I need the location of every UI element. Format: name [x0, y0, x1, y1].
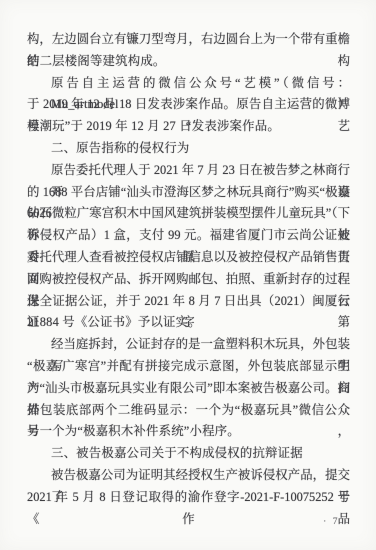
- document-line: 2021 年 5 月 8 日登记取得的渝作登字-2021-F-10075252 …: [27, 487, 350, 509]
- document-line: 的 1688 平台店铺“汕头市澄海区梦之林玩具商行”购买“极嘉 6026: [27, 182, 350, 204]
- document-line: 三、被告极嘉公司关于不构成侵权的抗辩证据: [27, 443, 350, 465]
- document-line: 二、原告指称的侵权行为: [27, 138, 350, 160]
- page-number: · 7 ·: [323, 516, 349, 528]
- document-line: 网购被控侵权产品、拆开网购邮包、拍照、重新封存的过程进行: [27, 269, 350, 291]
- document-line: 被告极嘉公司为证明其经授权生产被诉侵权产品，提交了于: [27, 465, 350, 487]
- document-line: “极嘉 广寒宫”并配有拼接完成示意图，外包装底部显示生产商: [27, 356, 350, 378]
- document-page: 构，左边圆台立有镰刀型弯月，右边圆台上为一个带有重檐结构的二层楼阁等建筑构成。原…: [0, 0, 376, 550]
- document-line: 诉侵权产品）1 盒，支付 99 元。福建省厦门市云尚公证处对原告: [27, 225, 350, 247]
- document-line: 为“汕头市极嘉玩具实业有限公司”即本案被告极嘉公司。扫描: [27, 378, 350, 400]
- document-line: 原告委托代理人于 2021 年 7 月 23 日在被告梦之林商行开设: [27, 160, 350, 182]
- document-line: 经当庭拆封，公证封存的是一盒塑料积木玩具，外包装写明: [27, 334, 350, 356]
- document-line: 钻石微粒广寒宫积木中国风建筑拼装模型摆件儿童玩具”（下称被: [27, 203, 350, 225]
- document-line: 原告自主运营的微信公众号“艺模”（微信号：Mu_artmodel）: [27, 73, 350, 95]
- document-text-block: 构，左边圆台立有镰刀型弯月，右边圆台上为一个带有重檐结构的二层楼阁等建筑构成。原…: [27, 29, 350, 509]
- document-line: 委托代理人查看被控侵权店铺信息以及被控侵权产品销售页面、: [27, 247, 350, 269]
- document-line: 于 2019 年 12 月 18 日发表涉案作品。原告自主运营的微博号“艺: [27, 94, 350, 116]
- document-line: 保全证据公证，并于 2021 年 8 月 7 日出具（2021）闽厦云证字第: [27, 291, 350, 313]
- document-line: 构，左边圆台立有镰刀型弯月，右边圆台上为一个带有重檐结构: [27, 29, 350, 51]
- document-line: 外包装底部两个二维码显示：一个为“极嘉玩具”微信公众号，: [27, 400, 350, 422]
